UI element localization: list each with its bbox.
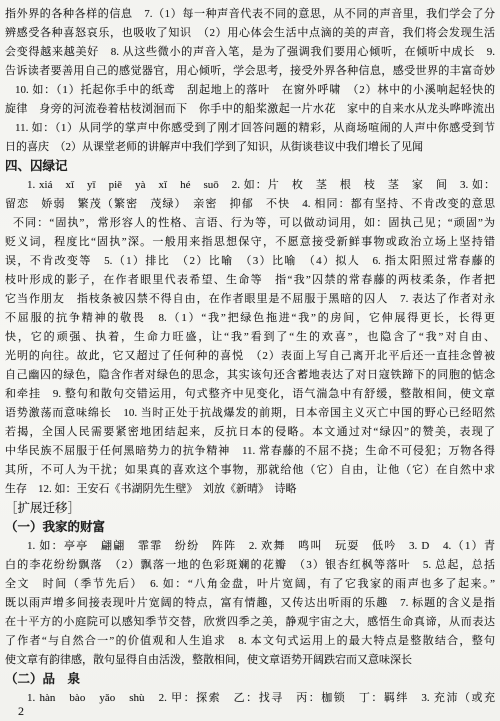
answer-line: 贬义词，程度比“固执”深。一般用来指思想保守，不愿意接受新鲜事物或政治立场上坚持… [5, 233, 495, 252]
answer-line: 会变得越来越美好 8. 从这些微小的声音入笔，是为了强调我们要用心倾听，在倾听中… [5, 43, 495, 62]
answer-line: 不屈服的抗争精神的敬畏 8.（1）“我”把绿色拖进“我”的房间，它伸展得更长，长… [5, 309, 495, 328]
answer-line: 10. 如：（1）托起你手中的纸鸢 刮起地上的落叶 在窗外呼啸 （2）林中的小溪… [5, 81, 495, 100]
page-number: 2 [18, 704, 24, 718]
expansion-heading: ［扩展迁移］ [5, 499, 495, 518]
answer-line: 日的喜庆 （2）从课堂老师的讲解声中我们学到了知识，从街谈巷议中我们增长了见闻 [5, 138, 495, 157]
answer-line: 中华民族不屈服于任何黑暗势力的抗争精神 11. 常春藤的不屈不挠；生命不可侵犯；… [5, 442, 495, 461]
answer-line: 了作者“与自然合一”的价值观和人生追求 8. 本文句式运用上的最大特点是整散结合… [5, 632, 495, 651]
answer-line: 告诉读者要善用自己的感觉器官，用心倾听，学会思考，接受外界各种信息，感受世界的丰… [5, 62, 495, 81]
answer-line: 枝叶形成的影子，在作者眼里代表希望、生命等 指“我”囚禁的常春藤的两枝柔条，作者… [5, 271, 495, 290]
answer-line: 和牵挂 9. 整句和散句交错运用，句式整齐中见变化，语气湍急中有舒缓，整散相间，… [5, 385, 495, 404]
answer-line: 全文 时间（季节先后） 6. 如：“八角金盘，叶片宽阔，有了它我家的雨声也多了起… [5, 575, 495, 594]
answer-line: 它当作朋友 指枝条被囚禁不得自由，在作者眼里是不屈服于黑暗的囚人 7. 表达了作… [5, 290, 495, 309]
answer-line: 使文章有韵律感，散句显得自由活泼，整散相间，使文章语势开阔跌宕而又意味深长 [5, 651, 495, 670]
answer-line: 在十平方的小庭院可以感知季节交替，欣赏四季之美，静观宇宙之大，感悟生命真谛，从而… [5, 613, 495, 632]
answer-line: 旋律 身旁的河流卷着枯枝浏洄而下 你手中的船桨激起一片水花 家中的自来水从龙头哗… [5, 100, 495, 119]
answer-line: 白的李花纷纷飘落 （2）飘落一地的色彩斑斓的花瓣 （3）银杏红枫等落叶 5. 总… [5, 556, 495, 575]
answer-line: 误，不肯改变等 5.（1）排比 （2）比喻 （3）比喻 （4）拟人 6. 指太阳… [5, 252, 495, 271]
answer-line: 快，它的顽强、执着，生命力旺盛，让“我”看到了“生的欢喜”，也隐含了“我”对自由… [5, 328, 495, 347]
answer-line: 11. 如：（1）从同学的掌声中你感受到了刚才回答问题的精彩，从商场喧闹的人声中… [5, 119, 495, 138]
answer-line: 既以雨声增多间接表现叶片宽阔的特点，富有情趣，又传达出听雨的乐趣 7. 标题的含… [5, 594, 495, 613]
answer-line: 辨感受各种喜怒哀乐，也吸收了知识 （2）用心体会生活中点滴的美的声音，我们将会发… [5, 24, 495, 43]
document-page: 指外界的各种各样的信息 7.（1）每一种声音代表不同的意思，从不同的声音里，我们… [0, 0, 500, 721]
answer-line: 1. 如：亭亭 翩翩 霏霏 纷纷 阵阵 2. 欢舞 鸣叫 玩耍 低吟 3. D … [5, 537, 495, 556]
answer-line: 语势激荡而意味绵长 10. 当时正处于抗战爆发的前期，日本帝国主义灭亡中国的野心… [5, 404, 495, 423]
answer-line: 自己幽囚的绿色，隐含作者对绿色的思念，其实该句还含蓄地表达了对日寇铁蹄下的同胞的… [5, 366, 495, 385]
answer-line: 其所，不可人为干扰；如果真的喜欢这个事物，那就给他（它）自由，让他（它）在自然中… [5, 461, 495, 480]
answer-line: 留恋 娇弱 繁茂（繁密 茂绿） 亲密 抑郁 不快 4. 相同：都有坚持、不肯改变… [5, 195, 495, 214]
subsection-heading-2: （二）品 泉 [5, 670, 495, 689]
answer-line: 1. xiá xǐ yī piē yà xǐ hé suō 2. 如：片 枚 茎… [5, 176, 495, 195]
section-heading-qiulvji: 四、囚绿记 [5, 157, 495, 176]
answer-line: 1. hàn bào yǎo shù 2. 甲：探索 乙：找寻 丙：枷锁 丁：羁… [5, 689, 495, 708]
subsection-heading-1: （一）我家的财富 [5, 518, 495, 537]
answer-line: 生存 12. 如：王安石《书湖阴先生壁》 刘放《新晴》 诗略 [5, 480, 495, 499]
answer-line: 若揭，全国人民需要紧密地团结起来，反抗日本的侵略。本文通过对“绿囚”的赞美，表现… [5, 423, 495, 442]
answer-line: 不同：“固执”，常形容人的性格、言语、行为等，可以做动词用，如：固执己见；“顽固… [5, 214, 495, 233]
answer-line: 指外界的各种各样的信息 7.（1）每一种声音代表不同的意思，从不同的声音里，我们… [5, 5, 495, 24]
answer-line: 光明的向往。故此，它又超过了任何种的喜悦 （2）表面上写自己离开北平后还一直挂念… [5, 347, 495, 366]
